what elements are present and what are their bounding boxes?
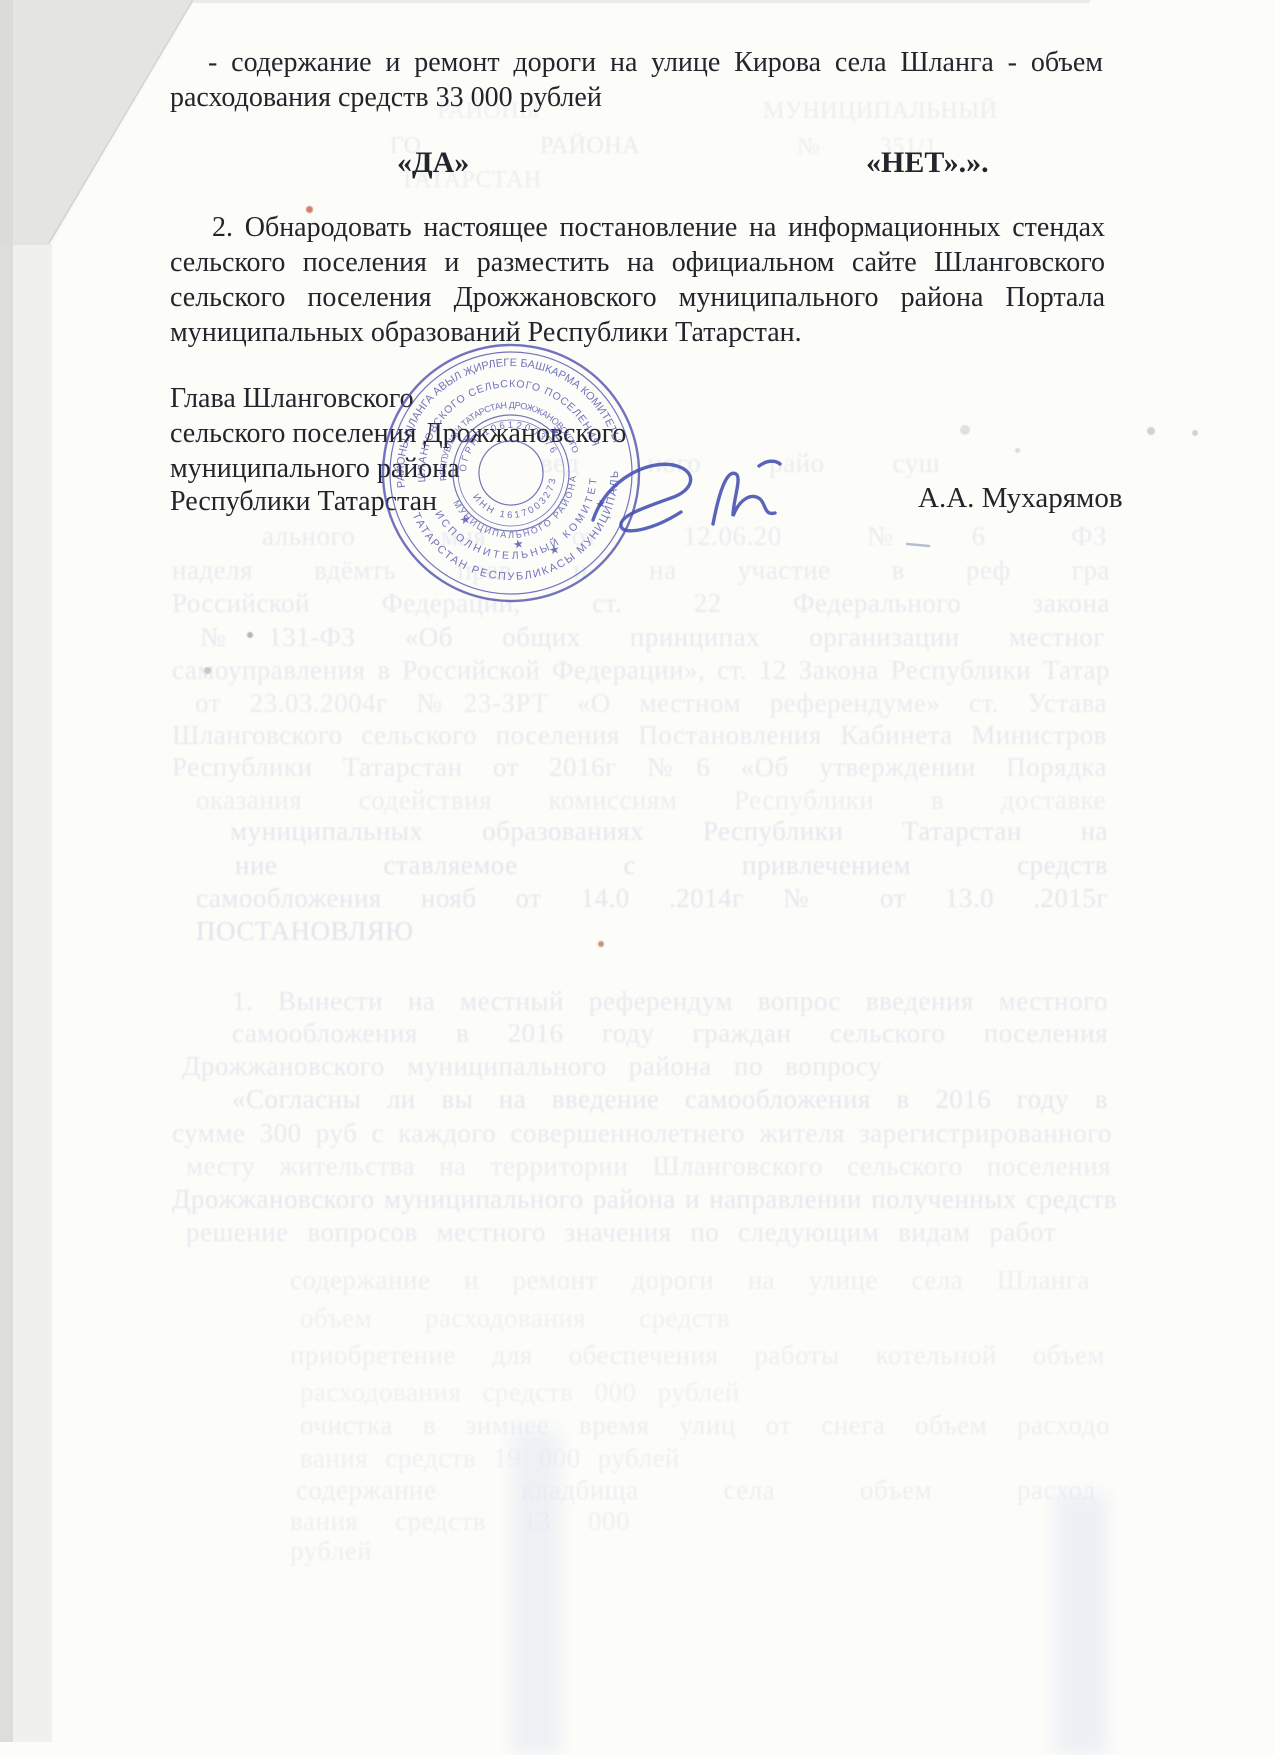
svg-text:ИНН 1617003273: ИНН 1617003273: [469, 475, 565, 529]
bleedthrough-line: Дрожжановского муниципального района по …: [182, 1052, 882, 1082]
bleedthrough-line: вания средств 19 000 рублей: [300, 1444, 680, 1474]
bleedthrough-line: №131-ФЗ «Об общих принципах организации …: [200, 623, 1105, 653]
bleedthrough-line: Шланговского сельского поселения Постано…: [172, 721, 1107, 751]
handwritten-signature: [555, 438, 975, 558]
intro-line-2: расходования средств 33 000 рублей: [170, 81, 602, 114]
bleedthrough-line: сумме 300 руб с каждого совершеннолетнег…: [172, 1119, 1112, 1149]
bleedthrough-line: самоуправления в Российской Федерации», …: [172, 656, 1110, 686]
bleedthrough-line: самообложения в 2016 году граждан сельск…: [232, 1019, 1108, 1049]
bleedthrough-line: «Согласны ли вы на введение самообложени…: [232, 1085, 1108, 1115]
svg-text:★: ★: [462, 432, 475, 448]
vote-no-label: «НЕТ».».: [866, 145, 989, 180]
bleedthrough-line: 1. Вынести на местный референдум вопрос …: [232, 987, 1108, 1017]
paper-speck: [1147, 427, 1155, 435]
bleedthrough-line: Дрожжановского муниципального района и н…: [172, 1185, 1117, 1215]
bleedthrough-line: ПОСТАНОВЛЯЮ: [196, 917, 516, 947]
bleedthrough-line: вания средств 13 000 рублей: [290, 1507, 630, 1566]
scan-streak: [512, 1430, 560, 1755]
para2-line-2: сельского поселения и разместить на офиц…: [170, 246, 1105, 279]
bleedthrough-line: объем расходования средств: [300, 1304, 730, 1334]
svg-text:★: ★: [512, 536, 525, 552]
bleedthrough-line: самообложения нояб от 14.0 .2014г № от 1…: [196, 884, 1108, 914]
paper-speck: [247, 632, 253, 638]
paper-speck: [598, 941, 604, 947]
bleedthrough-line: очистка в зимнее время улиц от снега объ…: [300, 1411, 1110, 1441]
paper-speck: [204, 667, 211, 674]
bleedthrough-line: решение вопросов местного значения по сл…: [186, 1218, 1056, 1248]
intro-line-1: - содержание и ремонт дороги на улице Ки…: [208, 46, 1103, 79]
stamp-inn-text: ИНН 1617003273: [469, 475, 565, 529]
scanned-document-page: РАЙОНЫМУНИЦИПАЛЬНЫЙГО РАЙОНА№ 351/1ТАТАР…: [0, 0, 1275, 1755]
paper-speck: [960, 425, 970, 435]
paper-speck: [1015, 448, 1020, 453]
paper-speck: [1192, 430, 1198, 436]
para2-line-3: сельского поселения Дрожжановского муниц…: [170, 281, 1105, 314]
bleedthrough-line: от 23.03.2004г №23-ЗРТ «О местном рефере…: [195, 689, 1107, 719]
bleedthrough-line: МУНИЦИПАЛЬНЫЙ: [763, 98, 1043, 124]
bleedthrough-line: оказания содействия комиссиям Республики…: [196, 786, 1106, 816]
bleedthrough-line: содержание кладбища села объем расход: [296, 1476, 1096, 1506]
scan-streak: [1055, 1495, 1107, 1755]
bleedthrough-line: содержание и ремонт дороги на улице села…: [290, 1266, 1090, 1296]
vote-yes-label: «ДА»: [397, 145, 469, 180]
bleedthrough-line: Республики Татарстан от 2016г №6 «Об утв…: [172, 753, 1107, 783]
para2-line-1: 2. Обнародовать настоящее постановление …: [212, 211, 1105, 244]
bleedthrough-line: приобретение для обеспечения работы коте…: [290, 1341, 1105, 1371]
bleedthrough-line: расходования средств 000 рублей: [300, 1378, 740, 1408]
bleedthrough-line: ние ставляемое с привлечением средств: [235, 851, 1108, 881]
bleedthrough-line: месту жительства на территории Шланговск…: [186, 1152, 1111, 1182]
bleedthrough-line: муниципальных образованиях Республики Та…: [230, 817, 1108, 847]
